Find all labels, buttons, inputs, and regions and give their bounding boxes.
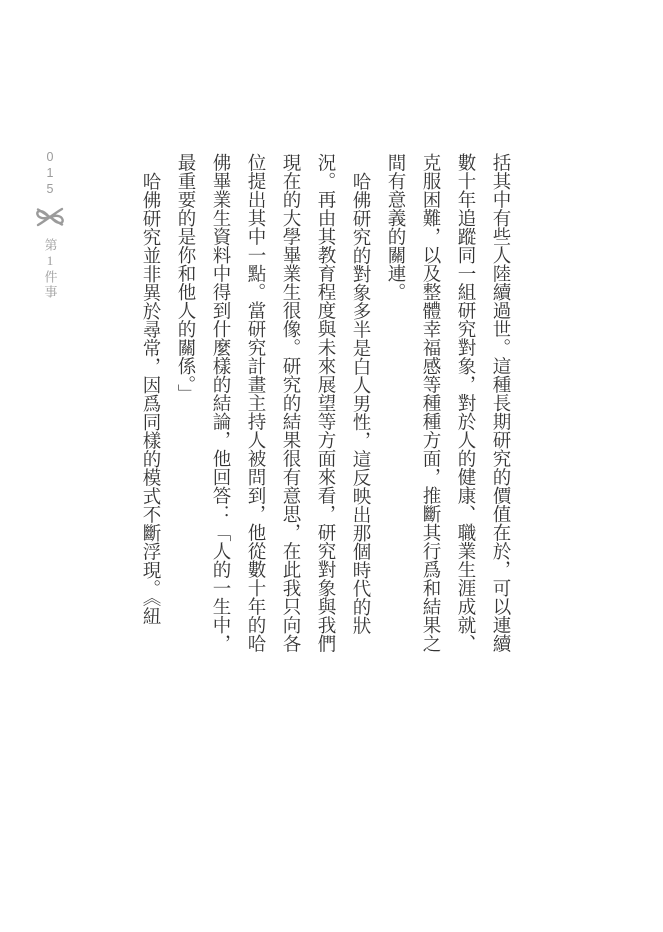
chapter-label: 第1件事 — [41, 238, 60, 300]
margin-running-head: 015 第1件事 — [36, 150, 64, 300]
butterfly-knot-ornament-icon — [34, 205, 66, 229]
paragraph-1: 括其中有些人陸續過世。這種長期研究的價值在於，可以連續數十年追蹤同一組研究對象，… — [377, 153, 517, 654]
paragraph-3: 哈佛研究並非異於尋常，因爲同樣的模式不斷浮現。《紐 — [132, 153, 167, 654]
paragraph-2: 哈佛研究的對象多半是白人男性，這反映出那個時代的狀況。再由其教育程度與未來展望等… — [167, 153, 377, 654]
page-number: 015 — [43, 150, 57, 198]
body-text-block: 括其中有些人陸續過世。這種長期研究的價值在於，可以連續數十年追蹤同一組研究對象，… — [132, 153, 517, 654]
